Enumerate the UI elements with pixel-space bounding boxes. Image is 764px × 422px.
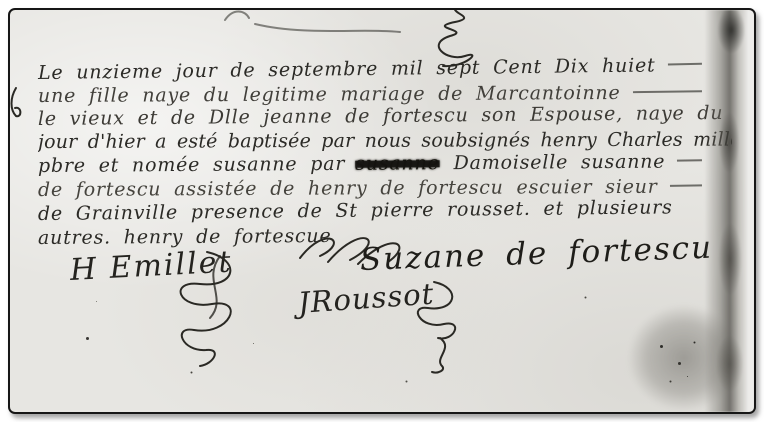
line-text: Le unzieme jour de septembre mil sept Ce…	[38, 54, 656, 85]
ink-specks	[86, 337, 89, 340]
scanned-page-frame: Le unzieme jour de septembre mil sept Ce…	[8, 8, 756, 414]
stain-specks	[660, 345, 663, 348]
manuscript-line: pbre et nomée susanne par susanne Damois…	[38, 150, 702, 178]
manuscript-paper: Le unzieme jour de septembre mil sept Ce…	[10, 10, 754, 412]
line-filler-rule	[667, 63, 701, 66]
torn-page-edge	[700, 10, 754, 412]
manuscript-line: Le unzieme jour de septembre mil sept Ce…	[38, 54, 702, 85]
line-filler-rule	[633, 90, 702, 93]
line-filler-rule	[677, 159, 702, 161]
line-text: Damoiselle susanne	[454, 151, 666, 175]
line-text: pbre et nomée susanne par	[38, 153, 345, 178]
margin-mark-icon	[8, 86, 26, 120]
line-filler-rule	[670, 184, 702, 186]
paraphe-flourish-icon	[410, 278, 472, 376]
paraphe-flourish-icon	[162, 246, 257, 371]
manuscript-line: le vieux et de Dlle jeanne de fortescu s…	[38, 102, 702, 131]
line-text: le vieux et de Dlle jeanne de fortescu s…	[38, 102, 724, 131]
top-flourish-icon	[215, 8, 405, 42]
struck-out-word: susanne	[355, 152, 440, 176]
